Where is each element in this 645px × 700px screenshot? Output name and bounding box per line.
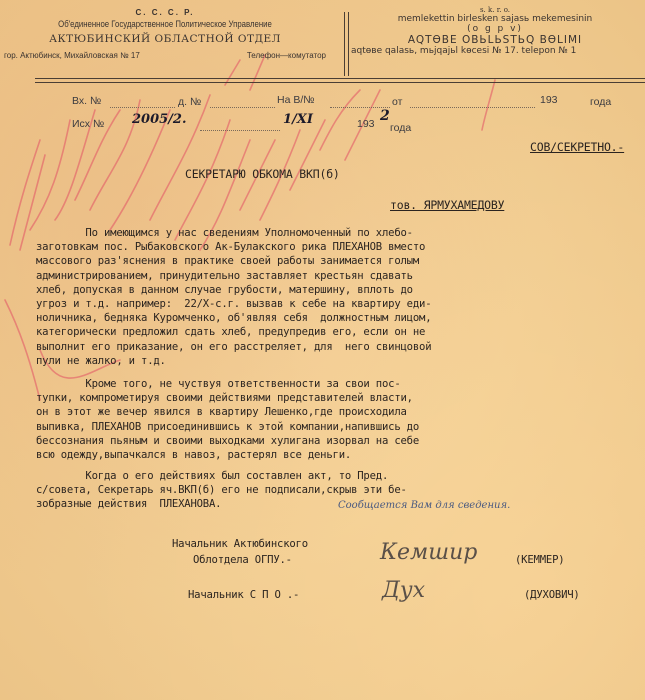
year-prefix: 193: [540, 94, 558, 106]
letterhead-kz-country: s. k. r. o.: [345, 6, 645, 14]
body-line: всю одежду,выпачкался в навоз, растерял …: [36, 448, 419, 462]
body-line: хлеб, допуская в данном случае грубости,…: [36, 283, 431, 297]
letterhead-contact: гор. Актюбинск, Михайловская № 17 Телефо…: [0, 51, 326, 60]
body-line: массового раз'яснения в практике своей р…: [36, 254, 431, 268]
letterhead-separator: [35, 78, 645, 83]
year-suffix: года: [590, 96, 611, 108]
outgoing-date: 1/XI: [283, 112, 313, 127]
signature-1: Кемшир: [380, 540, 477, 565]
body-paragraph-2: Кроме того, не чуствуя ответственности з…: [36, 377, 419, 462]
letterhead-country: С. С. С. Р.: [0, 8, 330, 17]
body-line: с/совета, Секретарь яч.ВКП(б) его не под…: [36, 483, 407, 497]
reply-number-label: На В/№: [277, 94, 315, 106]
letterhead-agency: Об'единенное Государственное Политическо…: [30, 19, 301, 30]
body-line: Когда о его действиях был составлен акт,…: [36, 469, 407, 483]
letterhead-department: АКТЮБИНСКИЙ ОБЛАСТНОЙ ОТДЕЛ: [0, 33, 330, 45]
letterhead-phone: Телефон—комутатор: [247, 51, 326, 60]
addressee-name: тов. ЯРМУХАМЕДОВУ: [390, 198, 504, 212]
body-line: выполнит его приказание, он его расстрел…: [36, 340, 431, 354]
outgoing-number-label: Исх №: [72, 118, 104, 130]
body-line: он в этот же вечер явился в квартиру Леш…: [36, 405, 419, 419]
signatory-1-name: (КЕММЕР): [515, 553, 564, 567]
body-line: Кроме того, не чуствуя ответственности з…: [36, 377, 419, 391]
letterhead-kz-department: AQTƟBE OBЬLЬSTЬQ BƟLIMI: [345, 34, 645, 46]
signature-2: Дух: [382, 578, 425, 603]
signatory-1-title-line2: Облотдела ОГПУ.-: [193, 553, 292, 567]
incoming-number-field: [110, 97, 175, 108]
letterhead-kz-abbr: (o g p v): [345, 24, 645, 34]
body-line: пули не жалко, и т.д.: [36, 354, 431, 368]
case-number-label: д. №: [178, 96, 201, 108]
from-label: от: [392, 96, 402, 108]
from-date-field: [410, 97, 535, 108]
incoming-number-label: Вх. №: [72, 95, 101, 107]
body-line: заготовкам пос. Рыбаковского Ак-Булакско…: [36, 240, 431, 254]
addressee-title: СЕКРЕТАРЮ ОБКОМА ВКП(б): [185, 167, 340, 181]
body-line: выпивка, ПЛЕХАНОВ присоединившись к этой…: [36, 420, 419, 434]
letterhead-kazakh: s. k. r. o. memlekettin birlesken sajasь…: [345, 6, 645, 56]
outgoing-year-suffix: года: [390, 122, 411, 134]
signatory-2-name: (ДУХОВИЧ): [524, 588, 580, 602]
letterhead-kz-address: aqtөве qalasь, mьjqajьl kөcesi № 17. tel…: [345, 46, 645, 56]
classification-stamp: СОВ/СЕКРЕТНО.-: [530, 140, 624, 154]
letterhead-address: гор. Актюбинск, Михайловская № 17: [4, 51, 140, 60]
signatory-2-title: Начальник С П О .-: [188, 588, 299, 602]
signatory-1-title-line1: Начальник Актюбинского: [172, 537, 308, 551]
reply-number-field: [330, 97, 390, 108]
body-line: ноличника, бедняка Куромченко, об'являя …: [36, 311, 431, 325]
letterhead-kz-agency: memlekettin birlesken sajasь mekemesinin: [345, 14, 645, 24]
outgoing-year-digit: 2: [380, 108, 390, 124]
body-paragraph-1: По имеющимся у нас сведениям Уполномочен…: [36, 226, 431, 368]
outgoing-number: 2005/2.: [132, 112, 187, 127]
body-line: тупки, компрометируя своими действиями п…: [36, 391, 419, 405]
outgoing-date-field: [200, 120, 280, 131]
body-line: По имеющимся у нас сведениям Уполномочен…: [36, 226, 431, 240]
body-line: администрированием, принудительно застав…: [36, 269, 431, 283]
outgoing-year-prefix: 193: [357, 118, 375, 130]
handwritten-note: Сообщается Вам для сведения.: [338, 500, 510, 511]
letterhead-russian: С. С. С. Р. Об'единенное Государственное…: [0, 8, 330, 60]
body-line: бессознания пьяным и своими выходками ху…: [36, 434, 419, 448]
body-line: угроз и т.д. например: 22/Х-с.г. вызвав …: [36, 297, 431, 311]
case-number-field: [210, 97, 275, 108]
body-line: категорически предложил сдать хлеб, пред…: [36, 325, 431, 339]
